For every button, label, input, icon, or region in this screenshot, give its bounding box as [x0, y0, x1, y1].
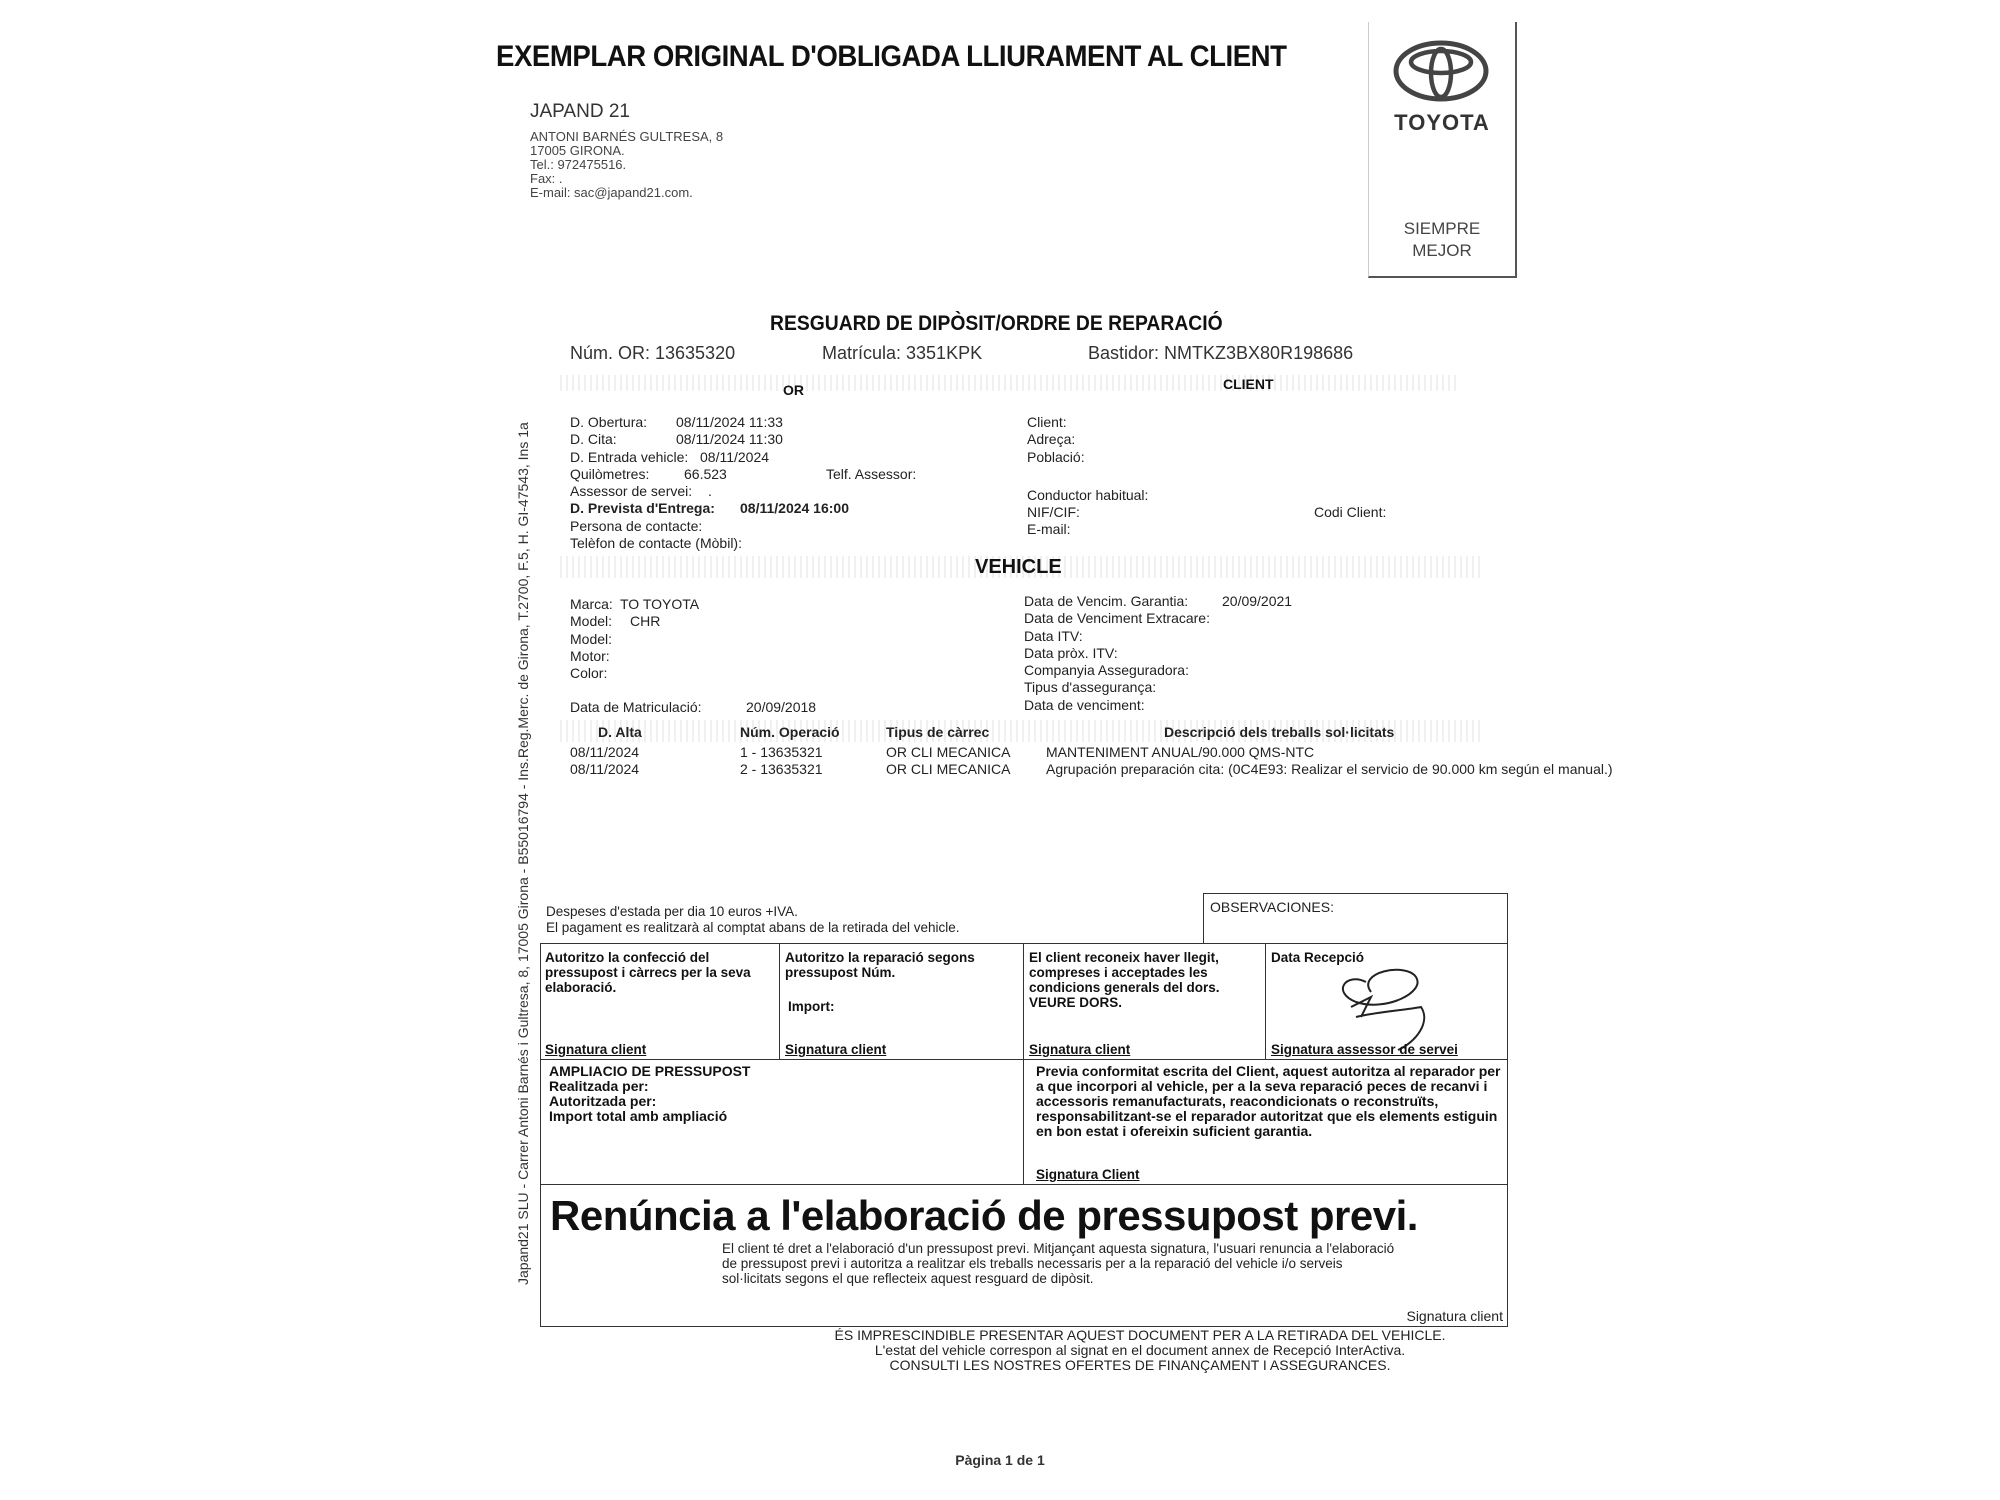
section-vehicle-heading: VEHICLE: [975, 556, 1062, 579]
renuncia-body: El client té dret a l'elaboració d'un pr…: [722, 1241, 1402, 1286]
field-value: 08/11/2024 16:00: [740, 500, 849, 517]
field-label: Tipus d'assegurança:: [1024, 679, 1156, 696]
vehicle-right-fields: Data de Vencim. Garantia:20/09/2021 Data…: [1024, 593, 1292, 714]
field-label: Codi Client:: [1314, 504, 1386, 521]
field-label: Persona de contacte:: [570, 518, 702, 535]
field-value: 08/11/2024 11:33: [676, 414, 783, 431]
operations-table: D. Alta Núm. Operació Tipus de càrrec De…: [570, 720, 1674, 778]
extension-title: AMPLIACIO DE PRESSUPOST: [549, 1064, 750, 1079]
company-address: ANTONI BARNÉS GULTRESA, 8: [530, 130, 723, 144]
signature-label: Signatura client: [785, 1042, 886, 1057]
field-label: Data pròx. ITV:: [1024, 645, 1118, 662]
section-client-heading: CLIENT: [1223, 376, 1274, 392]
vehicle-left-fields: Marca:TO TOYOTA Model:CHR Model: Motor: …: [570, 596, 816, 717]
field-label: Data ITV:: [1024, 628, 1083, 645]
company-email: E-mail: sac@japand21.com.: [530, 186, 723, 200]
field-label: Model:: [570, 631, 612, 648]
cell-charge-type: OR CLI MECANICA: [868, 761, 1046, 778]
renuncia-title: Renúncia a l'elaboració de pressupost pr…: [550, 1192, 1418, 1240]
field-label: Model:: [570, 613, 630, 630]
footer-line-2: L'estat del vehicle correspon al signat …: [560, 1343, 1720, 1358]
company-fax: Fax: .: [530, 172, 723, 186]
signature-label: Signatura client: [1029, 1042, 1130, 1057]
field-label: D. Prevista d'Entrega:: [570, 500, 740, 517]
scan-noise: [560, 375, 1460, 391]
box-text: El client reconeix haver llegit, compres…: [1029, 950, 1264, 1010]
handwritten-signature-icon: [1326, 962, 1446, 1052]
field-label: Data de venciment:: [1024, 697, 1145, 714]
field-label: Marca:: [570, 596, 620, 613]
footer-notice: ÉS IMPRESCINDIBLE PRESENTAR AQUEST DOCUM…: [560, 1328, 1720, 1373]
slogan-line-1: SIEMPRE: [1369, 218, 1515, 240]
cell-date: 08/11/2024: [570, 744, 720, 761]
client-fields: Client: Adreça: Població: Conductor habi…: [1027, 414, 1386, 539]
page-number: Pàgina 1 de 1: [0, 1452, 2000, 1468]
extension-total: Import total amb ampliació: [549, 1109, 750, 1124]
field-label: Motor:: [570, 648, 610, 665]
extension-fields: AMPLIACIO DE PRESSUPOST Realitzada per: …: [549, 1064, 750, 1124]
field-label: D. Entrada vehicle:: [570, 449, 700, 466]
table-header-row: D. Alta Núm. Operació Tipus de càrrec De…: [570, 720, 1674, 744]
cell-operation: 1 - 13635321: [720, 744, 868, 761]
terms: Despeses d'estada per dia 10 euros +IVA.…: [546, 904, 959, 936]
import-label: Import:: [788, 999, 835, 1014]
field-value: TO TOYOTA: [620, 596, 699, 613]
vin-number: Bastidor: NMTKZ3BX80R198686: [1088, 343, 1353, 364]
cell-operation: 2 - 13635321: [720, 761, 868, 778]
cell-description: Agrupación preparación cita: (0C4E93: Re…: [1046, 761, 1674, 778]
column-header: Descripció dels treballs sol·licitats: [1046, 720, 1674, 744]
consent-text: Previa conformitat escrita del Client, a…: [1036, 1064, 1501, 1139]
company-tel: Tel.: 972475516.: [530, 158, 723, 172]
box-text: Autoritzo la reparació segons pressupost…: [785, 950, 1020, 980]
cell-date: 08/11/2024: [570, 761, 720, 778]
terms-line-2: El pagament es realitzarà al comptat aba…: [546, 920, 959, 936]
or-fields: D. Obertura:08/11/2024 11:33 D. Cita:08/…: [570, 414, 916, 552]
company-city: 17005 GIRONA.: [530, 144, 723, 158]
signature-label: Signatura Client: [1036, 1167, 1140, 1182]
field-label: Data de Vencim. Garantia:: [1024, 593, 1222, 610]
field-value: 08/11/2024 11:30: [676, 431, 783, 448]
field-value: CHR: [630, 613, 660, 630]
extension-authorized-by: Autoritzada per:: [549, 1094, 750, 1109]
field-label: D. Cita:: [570, 431, 676, 448]
column-header: Tipus de càrrec: [868, 720, 1046, 744]
field-label: E-mail:: [1027, 521, 1071, 538]
slogan-line-2: MEJOR: [1369, 240, 1515, 262]
field-label: Quilòmetres:: [570, 466, 684, 483]
document-title: RESGUARD DE DIPÒSIT/ORDRE DE REPARACIÓ: [770, 312, 1223, 336]
or-number: Núm. OR: 13635320: [570, 343, 735, 364]
field-label: Data de Venciment Extracare:: [1024, 610, 1210, 627]
field-label: D. Obertura:: [570, 414, 676, 431]
observations-label: OBSERVACIONES:: [1210, 899, 1334, 915]
footer-line-1: ÉS IMPRESCINDIBLE PRESENTAR AQUEST DOCUM…: [560, 1328, 1720, 1343]
section-or-heading: OR: [783, 382, 804, 398]
repair-authorization-box[interactable]: Autoritzo la reparació segons pressupost…: [779, 943, 1024, 1060]
reception-date-box[interactable]: Data Recepció Signatura assessor de serv…: [1265, 943, 1508, 1060]
cell-charge-type: OR CLI MECANICA: [868, 744, 1046, 761]
field-label: Data de Matriculació:: [570, 699, 746, 716]
toyota-emblem-icon: [1393, 40, 1489, 102]
column-header: D. Alta: [570, 720, 720, 744]
field-value: .: [708, 483, 712, 500]
field-value: 66.523: [684, 466, 826, 483]
field-value: 20/09/2018: [746, 699, 816, 716]
side-legal-text: Japand21 SLU - Carrer Antoni Barnés i Gu…: [515, 325, 531, 1285]
column-header: Núm. Operació: [720, 720, 868, 744]
observations-box[interactable]: OBSERVACIONES:: [1203, 893, 1508, 944]
field-label: NIF/CIF:: [1027, 504, 1314, 521]
brand-name: TOYOTA: [1369, 110, 1515, 136]
signature-label: Signatura client: [545, 1042, 646, 1057]
extension-performed-by: Realitzada per:: [549, 1079, 750, 1094]
field-label: Companyia Asseguradora:: [1024, 662, 1189, 679]
company-name: JAPAND 21: [530, 101, 630, 123]
field-label: Color:: [570, 665, 607, 682]
field-label: Telèfon de contacte (Mòbil):: [570, 535, 742, 552]
footer-line-3: CONSULTI LES NOSTRES OFERTES DE FINANÇAM…: [560, 1358, 1720, 1373]
field-value: 08/11/2024: [700, 449, 769, 466]
terms-line-1: Despeses d'estada per dia 10 euros +IVA.: [546, 904, 959, 920]
field-label: Telf. Assessor:: [826, 466, 916, 483]
conditions-acknowledgment-box[interactable]: El client reconeix haver llegit, compres…: [1023, 943, 1266, 1060]
company-contact: ANTONI BARNÉS GULTRESA, 8 17005 GIRONA. …: [530, 130, 723, 200]
field-label: Assessor de servei:: [570, 483, 708, 500]
signature-label: Signatura assessor de servei: [1271, 1042, 1458, 1057]
field-value: 20/09/2021: [1222, 593, 1292, 610]
signature-label: Signatura client: [1406, 1308, 1503, 1324]
remanufactured-parts-consent-box[interactable]: Previa conformitat escrita del Client, a…: [1023, 1059, 1508, 1185]
budget-extension-box[interactable]: AMPLIACIO DE PRESSUPOST Realitzada per: …: [540, 1059, 1024, 1185]
budget-authorization-box[interactable]: Autoritzo la confecció del pressupost i …: [540, 943, 780, 1060]
brand-slogan: SIEMPRE MEJOR: [1369, 218, 1515, 262]
brand-logo-box: TOYOTA SIEMPRE MEJOR: [1368, 22, 1517, 278]
table-row: 08/11/2024 1 - 13635321 OR CLI MECANICA …: [570, 744, 1674, 761]
cell-description: MANTENIMENT ANUAL/90.000 QMS-NTC: [1046, 744, 1674, 761]
field-label: Població:: [1027, 449, 1085, 466]
box-text: Autoritzo la confecció del pressupost i …: [545, 950, 775, 995]
table-row: 08/11/2024 2 - 13635321 OR CLI MECANICA …: [570, 761, 1674, 778]
license-plate: Matrícula: 3351KPK: [822, 343, 982, 364]
field-label: Client:: [1027, 414, 1067, 431]
document-header-title: EXEMPLAR ORIGINAL D'OBLIGADA LLIURAMENT …: [496, 40, 1287, 74]
field-label: Adreça:: [1027, 431, 1075, 448]
field-label: Conductor habitual:: [1027, 487, 1148, 504]
